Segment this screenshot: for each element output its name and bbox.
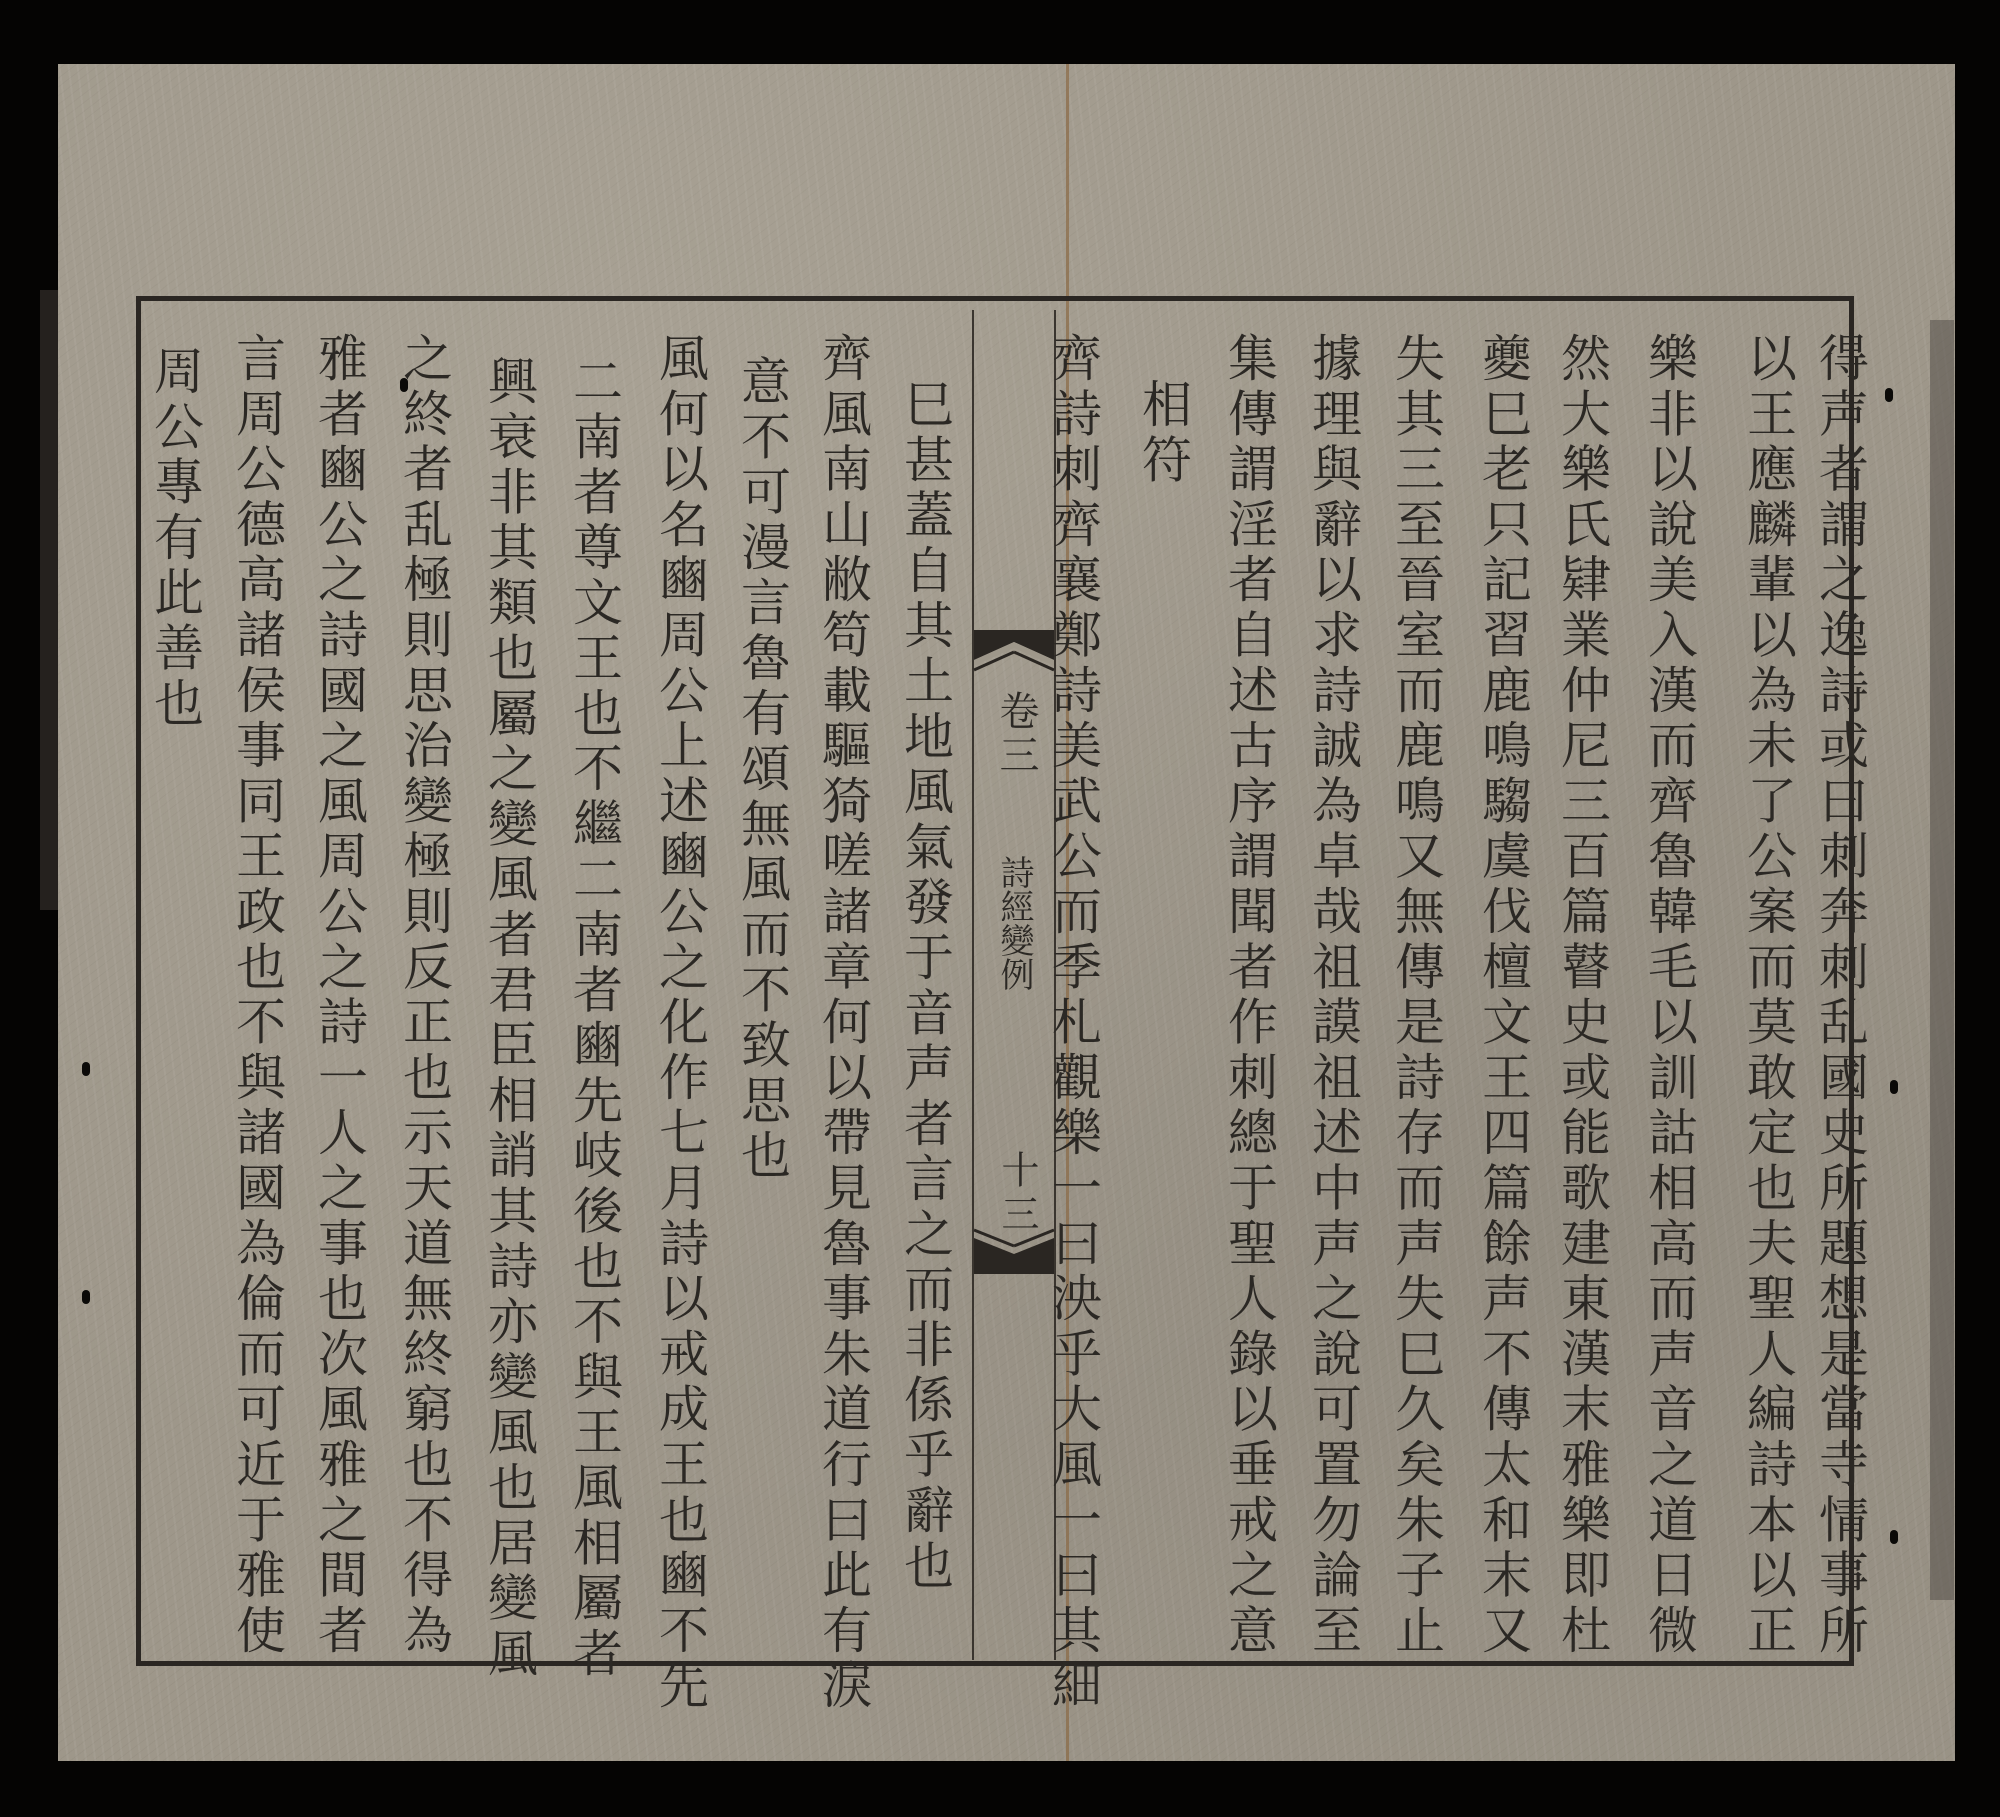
binding-edge-right xyxy=(1930,320,1954,1600)
text-column: 之終者乱極則思治變極則反正也示天道無終窮也不得為 xyxy=(399,332,449,1659)
text-column: 樂非以說美入漢而齊魯韓毛以訓詁相高而声音之道日微 xyxy=(1644,332,1694,1659)
text-column: 言周公德高諸侯事同王政也不與諸國為倫而可近于雅使 xyxy=(232,332,282,1659)
text-column: 夔巳老只記習鹿鳴騶虞伐檀文王四篇餘声不傳太和末又 xyxy=(1478,332,1528,1659)
text-column: 風何以名豳周公上述豳公之化作七月詩以戒成王也豳不先 xyxy=(655,332,705,1715)
binding-edge-left xyxy=(40,290,58,910)
banxin-volume: 卷三 xyxy=(988,690,1045,778)
text-column: 齊風南山敝笱載驅猗嗟諸章何以帶見魯事朱道行曰此有淚 xyxy=(818,332,868,1715)
text-column: 雅者豳公之詩國之風周公之詩一人之事也次風雅之間者 xyxy=(314,332,364,1659)
text-column: 集傳謂淫者自述古序謂聞者作刺總于聖人錄以垂戒之意 xyxy=(1224,332,1274,1659)
text-column: 周公專有此善也 xyxy=(150,345,200,732)
worm-hole xyxy=(82,1290,90,1304)
text-column: 興衰非其類也屬之變風者君臣相誚其詩亦變風也居變風 xyxy=(484,355,534,1682)
worm-hole xyxy=(1890,1080,1898,1094)
text-column: 失其三至晉室而鹿鳴又無傳是詩存而声失巳久矣朱子止 xyxy=(1391,332,1441,1659)
text-column: 得声者謂之逸詩或曰刺奔刺乱國史所題想是當寺情事所 xyxy=(1815,332,1865,1659)
text-column: 然大樂氏肄業仲尼三百篇瞽史或能歌建東漢末雅樂即杜 xyxy=(1557,332,1607,1659)
text-column: 二南者尊文王也不繼二南者豳先岐後也不與王風相屬者 xyxy=(569,355,619,1682)
text-column: 據理與辭以求詩誠為卓哉祖謨祖述中声之說可置勿論至 xyxy=(1308,332,1358,1659)
text-column: 以王應麟輩以為未了公案而莫敢定也夫聖人編詩本以正 xyxy=(1743,332,1793,1659)
text-column: 相符 xyxy=(1138,378,1188,489)
text-column: 巳甚蓋自其土地風氣發于音声者言之而非係乎辭也 xyxy=(900,378,950,1595)
worm-hole xyxy=(1885,388,1893,402)
worm-hole xyxy=(1890,1530,1898,1544)
banxin-title: 詩經變例 xyxy=(990,855,1039,991)
worm-hole xyxy=(82,1062,90,1076)
text-column: 齊詩刺齊襄鄭詩美武公而季札觀樂一曰泱乎大風一曰其細 xyxy=(1048,332,1098,1715)
text-column: 意不可漫言魯有頌無風而不致思也 xyxy=(737,355,787,1185)
